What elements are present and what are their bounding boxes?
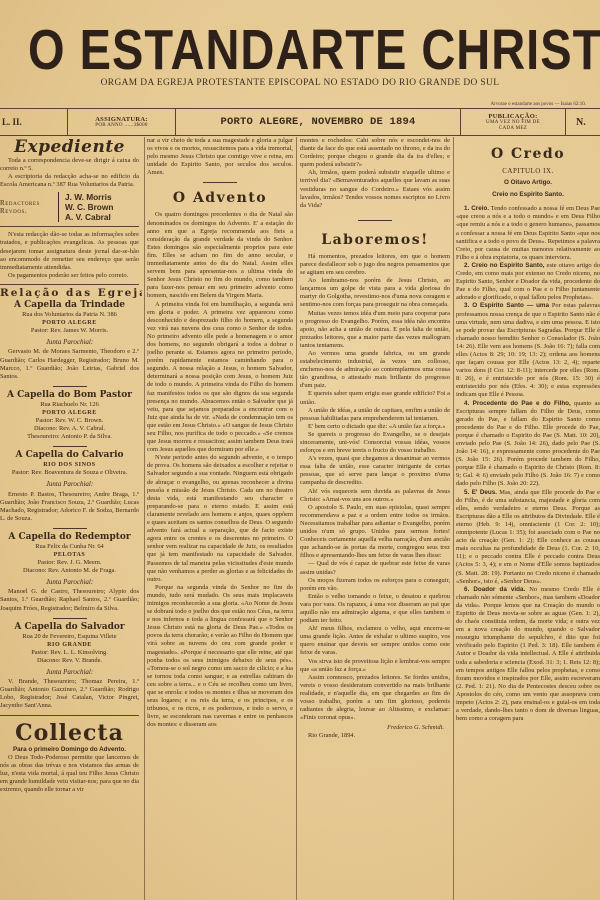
- advento-continuation: montes e rochedos: Cahi sobre nós e esco…: [300, 137, 450, 169]
- paragraph: E' bem certo o dictado que diz: «A união…: [300, 423, 450, 431]
- chapel-city: PORTO ALEGRE: [0, 409, 139, 417]
- paragraph-lead: 5. E' Deus.: [464, 489, 497, 496]
- column-1: Expediente Toda a correspondencia deve-s…: [0, 137, 142, 900]
- issue-number: N.: [576, 117, 586, 128]
- expediente-paragraph: N'esta redacção dão-se todas as informaç…: [0, 231, 139, 271]
- chapel-list: A Capella da TrindadeRua dos Voluntarios…: [0, 300, 139, 710]
- signature: Frederico G. Schmidt.: [300, 724, 450, 732]
- junta-label: Junta Parochial:: [0, 668, 139, 676]
- volume-cell: L. II.: [0, 109, 68, 135]
- chapel-city: PORTO ALEGRE: [0, 319, 139, 327]
- paragraph-text: Mas, ainda que Elle procede do Pae e do …: [456, 489, 600, 585]
- paragraph: Porque na segunda vinda do Senhor no fim…: [147, 584, 293, 730]
- chapel-name: A Capella do Calvario: [0, 450, 139, 461]
- paragraph-lead: 4. Procedente do Pae e do Filho,: [464, 400, 571, 407]
- paragraph: Ah! vós esqueceis sem duvida as palavras…: [300, 488, 450, 504]
- newspaper-title: O ESTANDARTE CHRISTÃO: [28, 16, 588, 82]
- publication-value-2: CADA MEZ: [499, 126, 527, 132]
- laboremos-heading: Laboremos!: [300, 231, 450, 249]
- chapel-address: Rua dos Voluntarios da Patria N. 386: [0, 311, 139, 319]
- editor-name: W. C. Brown: [65, 202, 113, 212]
- collecta-continuation: nar a vir cheio de toda a sua magestade …: [147, 137, 293, 177]
- chapel-clergy: Pastor: Rev. W. C. Brown.: [0, 417, 139, 425]
- newspaper-subtitle: ORGAM DA EGREJA PROTESTANTE EPISCOPAL NO…: [0, 78, 600, 88]
- masthead: O ESTANDARTE CHRISTÃO ORGAM DA EGREJA PR…: [0, 0, 600, 112]
- divider: [0, 284, 139, 285]
- editors-label: Redactores Revdos.: [0, 199, 58, 215]
- laboremos-article: Há momentos, prezados leitores, em que o…: [300, 253, 450, 722]
- divider: [0, 715, 139, 716]
- chapel-clergy: Diacono: Rev. A. V. Cabral.: [0, 425, 139, 433]
- divider: [203, 182, 237, 183]
- divider: [53, 618, 87, 619]
- paragraph: E quereis saber quem erigiu esse grande …: [300, 390, 450, 406]
- paragraph: O apostolo S. Paulo, em suas epistolas, …: [300, 504, 450, 561]
- paragraph-lead: 3. O Espirito Santo — uma: [464, 302, 549, 309]
- publication-cell: PUBLICAÇÃO: UMA VEZ NO FIM DE CADA MEZ: [461, 109, 566, 135]
- chapel-clergy: Thesoureiro: Antonio P. da Silva.: [0, 433, 139, 441]
- expediente-paragraph: Toda a correspondencia deve-se dirigir á…: [0, 157, 139, 173]
- editor-name: J. W. Morris: [65, 192, 113, 202]
- relacao-heading: Relação das Egrejas: [0, 289, 139, 297]
- chapel-address: Rua Riachuelo Nr. 126: [0, 401, 139, 409]
- paragraph-text: quanto as Escripturas sempre fallam do F…: [456, 400, 600, 488]
- credo-paragraph: 5. E' Deus. Mas, ainda que Elle procede …: [456, 489, 600, 586]
- chapel-clergy: Diacono: Rev. Antonio M. de Fraga.: [0, 567, 139, 575]
- chapel-name: A Capella do Bom Pastor: [0, 390, 139, 401]
- advento-article: Os quatro domingos precedentes o dia de …: [147, 211, 293, 729]
- column-2: nar a vir cheio de toda a sua magestade …: [147, 137, 293, 900]
- divider: [53, 528, 87, 529]
- junta-members: Manoel G. de Castro, Thesoureiro; Alypio…: [0, 588, 139, 612]
- paragraph: Assim comnosco, prezados leitores. Se fo…: [300, 674, 450, 723]
- chapel-clergy: Pastor: Rev. J. G. Meem.: [0, 559, 139, 567]
- junta-members: Gervasio M. de Moraes Sarmento, Theodoro…: [0, 348, 139, 380]
- advento-heading: O Advento: [147, 189, 293, 207]
- paragraph: A primeira vinda foi em humilhação, a se…: [147, 301, 293, 455]
- junta-label: Junta Parochial:: [0, 578, 139, 586]
- chapel-city: RIO GRANDE: [0, 641, 139, 649]
- paragraph-lead: 1. Creio.: [464, 205, 489, 212]
- editors-block: Redactores Revdos. J. W. Morris W. C. Br…: [0, 192, 139, 222]
- collecta-text: O Deus Todo-Poderoso permitte que lancem…: [0, 754, 139, 794]
- paragraph: N'este periodo antes do segundo advento,…: [147, 454, 293, 584]
- column-4: O Credo CAPITULO IX. O Oitavo Artigo. Cr…: [456, 137, 600, 900]
- paragraph: A união de idéas, a união de capitaes, e…: [300, 407, 450, 423]
- paragraph: Os quatro domingos precedentes o dia de …: [147, 211, 293, 300]
- paragraph: Os moços fizeram todos os esforços para …: [300, 577, 450, 593]
- paragraph: Ao vermos uma grande fabrica, ou um gran…: [300, 350, 450, 390]
- junta-members: V. Brande, Thesoureiro; Thomaz Pereira, …: [0, 678, 139, 710]
- collecta-heading: Collecta: [0, 720, 139, 746]
- paragraph: Então o velho tomando o feixe, o desatou…: [300, 593, 450, 625]
- expediente-paragraph: A escriptoria da redacção acha-se no edi…: [0, 173, 139, 189]
- paragraph: Há momentos, prezados leitores, em que o…: [300, 253, 450, 277]
- chapel-clergy: Pastor: Rev. James W. Morris.: [0, 327, 139, 335]
- paragraph: Se quereis o progresso do Evangelho, se …: [300, 431, 450, 455]
- junta-members: Ernesto P. Bastos, Thesoureiro; Andre Br…: [0, 491, 139, 523]
- paragraph-lead: 6. Doador da vida.: [464, 586, 525, 593]
- number-cell: N.: [566, 109, 600, 135]
- paragraph: Ao lembramo-nos porém de Jesus Christo, …: [300, 277, 450, 309]
- article-title: Creio no Espirito Santo.: [456, 191, 600, 199]
- place-date: Rio Grande, 1894.: [300, 732, 450, 740]
- column-rule: [296, 137, 297, 900]
- credo-paragraph: 2. Creio no Espirito Santo, este oitavo …: [456, 262, 600, 302]
- paragraph: — Qual de vós é capaz de quebrar este fe…: [300, 560, 450, 576]
- paragraph: Vos sirva isto de proveitosa lição e lem…: [300, 658, 450, 674]
- dateline: PORTO ALEGRE, NOVEMBRO DE 1894: [220, 116, 415, 128]
- credo-paragraph: 1. Creio. Tendo confessado a nossa fé em…: [456, 205, 600, 262]
- editor-name: A. V. Cabral: [65, 212, 113, 222]
- divider: [53, 446, 87, 447]
- chapel-name: A Capella do Salvador: [0, 622, 139, 633]
- info-bar: L. II. ASSIGNATURA: POR ANNO ......3$000…: [0, 108, 600, 136]
- divider: [0, 226, 139, 227]
- advento-continuation: Ah, irmãos, quem poderá subsistir n'aque…: [300, 169, 450, 209]
- paragraph-text: Tendo confessado a nossa fé em Deus Pae …: [456, 205, 600, 261]
- credo-article: 1. Creio. Tendo confessado a nossa fé em…: [456, 205, 600, 723]
- subscription-label: ASSIGNATURA:: [95, 116, 148, 123]
- subscription-cell: ASSIGNATURA: POR ANNO ......3$000: [68, 109, 176, 135]
- volume: L. II.: [2, 117, 22, 127]
- paragraph: A's vezes, quasi que chegamos a desanima…: [300, 455, 450, 487]
- paragraph-text: No mesmo Credo Elle é chamado não sóment…: [456, 586, 600, 723]
- expediente-heading: Expediente: [0, 137, 139, 157]
- column-rule: [144, 137, 145, 900]
- junta-label: Junta Parochial:: [0, 338, 139, 346]
- dateline-cell: PORTO ALEGRE, NOVEMBRO DE 1894: [176, 109, 461, 135]
- credo-paragraph: 6. Doador da vida. No mesmo Credo Elle é…: [456, 586, 600, 724]
- chapel-clergy: Pastor: Rev. L. L. Kinsolving.: [0, 649, 139, 657]
- publication-label: PUBLICAÇÃO:: [488, 113, 537, 120]
- article-label: O Oitavo Artigo.: [456, 179, 600, 187]
- column-3: montes e rochedos: Cahi sobre nós e esco…: [300, 137, 450, 900]
- column-rule: [453, 137, 454, 900]
- credo-paragraph: 3. O Espirito Santo — uma Por estas pala…: [456, 302, 600, 399]
- divider: [53, 386, 87, 387]
- paragraph: Muitas vezes temos idéa d'um meio para c…: [300, 310, 450, 350]
- expediente-paragraph: Os pagamentos poderão ser feitos pelo co…: [0, 272, 139, 280]
- junta-label: Junta Parochial:: [0, 480, 139, 488]
- collecta-subheading: Para o primeiro Domingo do Advento.: [0, 746, 139, 754]
- chapel-address: Rua 20 de Fevereiro, Esquina Villete: [0, 633, 139, 641]
- paragraph-lead: 2. Creio no Espirito Santo,: [464, 262, 545, 269]
- divider: [358, 220, 392, 221]
- motto: Arvorae o estandarte aos povos — Isaias …: [490, 102, 586, 107]
- chapel-city: RIO DOS SINOS: [0, 461, 139, 469]
- chapel-clergy: Diacono: Rev. V. Brande.: [0, 657, 139, 665]
- chapel-name: A Capella do Redemptor: [0, 532, 139, 543]
- chapel-clergy: Pastor: Rev. Boaventura de Souza e Olive…: [0, 469, 139, 477]
- credo-paragraph: 4. Procedente do Pae e do Filho, quanto …: [456, 400, 600, 489]
- chapel-address: Rua Felix da Cunha Nr. 64: [0, 543, 139, 551]
- paragraph-text: Por estas palavras professamos nossa cre…: [456, 302, 600, 398]
- chapel-name: A Capella da Trindade: [0, 300, 139, 311]
- credo-heading: O Credo: [456, 145, 600, 163]
- chapel-city: PELOTAS: [0, 551, 139, 559]
- chapter-label: CAPITULO IX.: [456, 167, 600, 175]
- subscription-value: POR ANNO ......3$000: [95, 123, 147, 129]
- paragraph: Ah! meus filhos, exclamou o velho, aqui …: [300, 625, 450, 657]
- editors-names: J. W. Morris W. C. Brown A. V. Cabral: [58, 192, 113, 222]
